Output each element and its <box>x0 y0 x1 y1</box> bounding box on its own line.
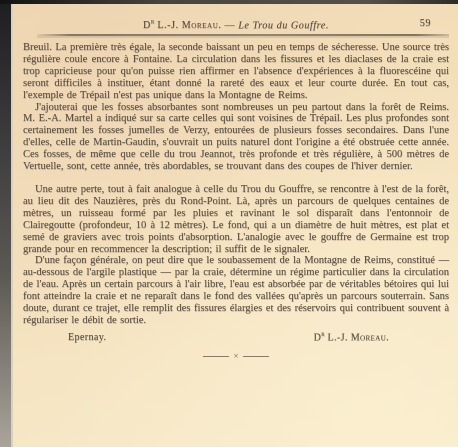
signature-row: Epernay. Dr L.-J. Moreau. <box>23 330 449 343</box>
paragraph-3: Une autre perte, tout à fait analogue à … <box>23 184 449 255</box>
ornament-line-left <box>203 356 229 357</box>
running-header: Dr L.-J. Moreau. — Le Trou du Gouffre. 5… <box>23 14 449 34</box>
header-book-title: Le Trou du Gouffre. <box>238 20 329 31</box>
signature-author: Dr L.-J. Moreau. <box>314 330 389 343</box>
scan-edge-left <box>0 0 13 447</box>
paragraph-2: J'ajouterai que les fosses absorbantes s… <box>23 102 449 173</box>
header-separator: — <box>221 20 238 31</box>
page-number: 59 <box>420 18 431 29</box>
page-body: Dr L.-J. Moreau. — Le Trou du Gouffre. 5… <box>13 4 458 447</box>
header-author: Dr L.-J. Moreau. <box>143 20 221 31</box>
end-ornament: × <box>23 351 449 361</box>
ornament-line-right <box>243 356 269 357</box>
ornament-x-glyph: × <box>233 351 238 361</box>
paragraph-1: Breuil. La première très égale, la secon… <box>23 42 449 102</box>
header-rule <box>37 34 449 36</box>
scanned-book-page: Dr L.-J. Moreau. — Le Trou du Gouffre. 5… <box>0 0 458 447</box>
running-header-text: Dr L.-J. Moreau. — Le Trou du Gouffre. <box>23 18 449 31</box>
paragraph-4: D'une façon générale, on peut dire que l… <box>23 255 449 326</box>
signature-place: Epernay. <box>23 332 106 343</box>
